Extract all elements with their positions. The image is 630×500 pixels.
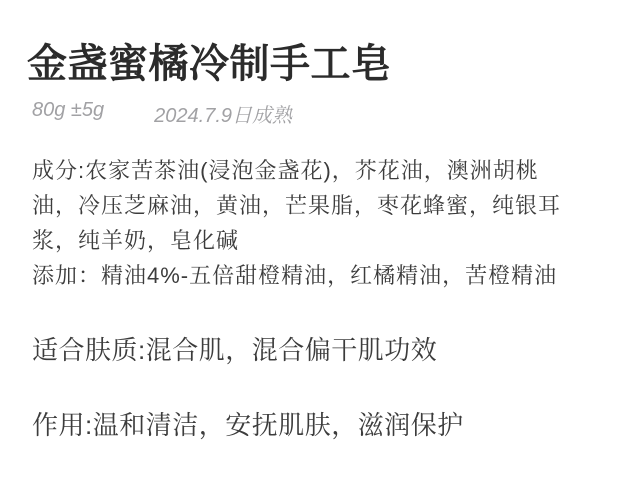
additives-line: 添加：精油4%-五倍甜橙精油，红橘精油，苦橙精油 [32,258,561,293]
maturity-date: 2024.7.9日成熟 [154,99,292,128]
effect-line: 作用:温和清洁，安抚肌肤，滋润保护 [32,408,464,443]
ingredients-line-1: 成分:农家苦茶油(浸泡金盏花)，芥花油，澳洲胡桃 [32,153,561,188]
soap-label-page: 金盏蜜橘冷制手工皂 80g ±5g 2024.7.9日成熟 成分:农家苦茶油(浸… [0,0,630,500]
weight-label: 80g ±5g [32,99,104,128]
ingredients-paragraph: 成分:农家苦茶油(浸泡金盏花)，芥花油，澳洲胡桃 油，冷压芝麻油，黄油，芒果脂，… [32,153,561,293]
skin-type-line: 适合肤质:混合肌，混合偏干肌功效 [32,333,437,368]
product-title: 金盏蜜橘冷制手工皂 [27,40,392,88]
meta-row: 80g ±5g 2024.7.9日成熟 [32,99,292,128]
ingredients-line-3: 浆，纯羊奶，皂化碱 [32,223,561,258]
ingredients-line-2: 油，冷压芝麻油，黄油，芒果脂，枣花蜂蜜，纯银耳 [32,188,561,223]
